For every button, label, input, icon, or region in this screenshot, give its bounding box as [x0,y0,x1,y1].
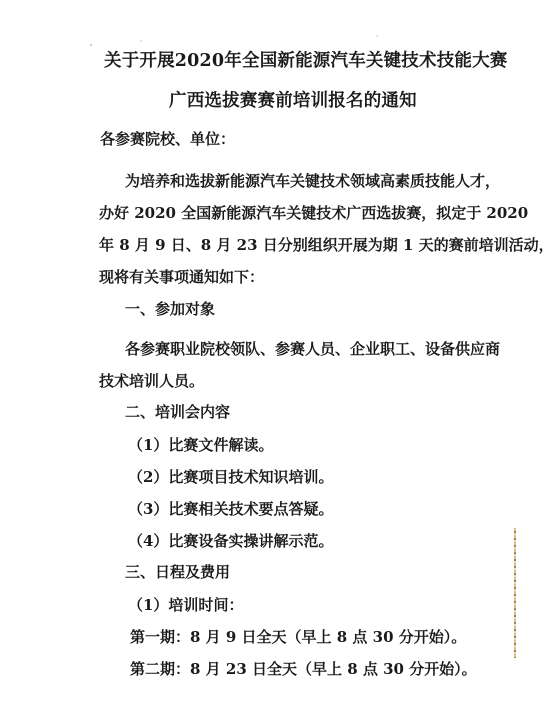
section-1-line: 技术培训人员。 [99,372,204,390]
intro-line: 为培养和选拔新能源汽车关键技术领域高素质技能人才， [125,172,500,190]
section-2-heading: 二、培训会内容 [125,403,230,421]
section-2-item: （4）比赛设备实操讲解示范。 [128,532,333,550]
scan-speck [376,35,378,37]
section-2-item: （3）比赛相关技术要点答疑。 [128,500,333,518]
session-line: 第二期：8 月 23 日全天（早上 8 点 30 分开始）。 [130,660,477,678]
intro-line: 年 8 月 9 日、8 月 23 日分别组织开展为期 1 天的赛前培训活动， [99,236,554,254]
section-2-item: （1）比赛文件解读。 [128,436,273,454]
section-2-item: （2）比赛项目技术知识培训。 [128,468,333,486]
scan-artifact-line [514,528,516,658]
section-3-subheading: （1）培训时间： [128,596,243,614]
scan-speck [90,44,92,46]
intro-line: 办好 2020 全国新能源汽车关键技术广西选拔赛，拟定于 2020 [99,204,528,222]
session-line: 第一期：8 月 9 日全天（早上 8 点 30 分开始）。 [130,628,466,646]
document-title-line-2: 广西选拔赛赛前培训报名的通知 [169,92,417,110]
intro-line: 现将有关事项通知如下： [99,268,264,286]
document-title-line-1: 关于开展2020年全国新能源汽车关键技术技能大赛 [104,52,508,70]
scan-speck [140,40,142,42]
section-1-line: 各参赛职业院校领队、参赛人员、企业职工、设备供应商 [125,340,500,358]
salutation: 各参赛院校、单位： [100,130,235,148]
section-1-heading: 一、参加对象 [125,300,215,318]
section-3-heading: 三、日程及费用 [125,563,230,581]
